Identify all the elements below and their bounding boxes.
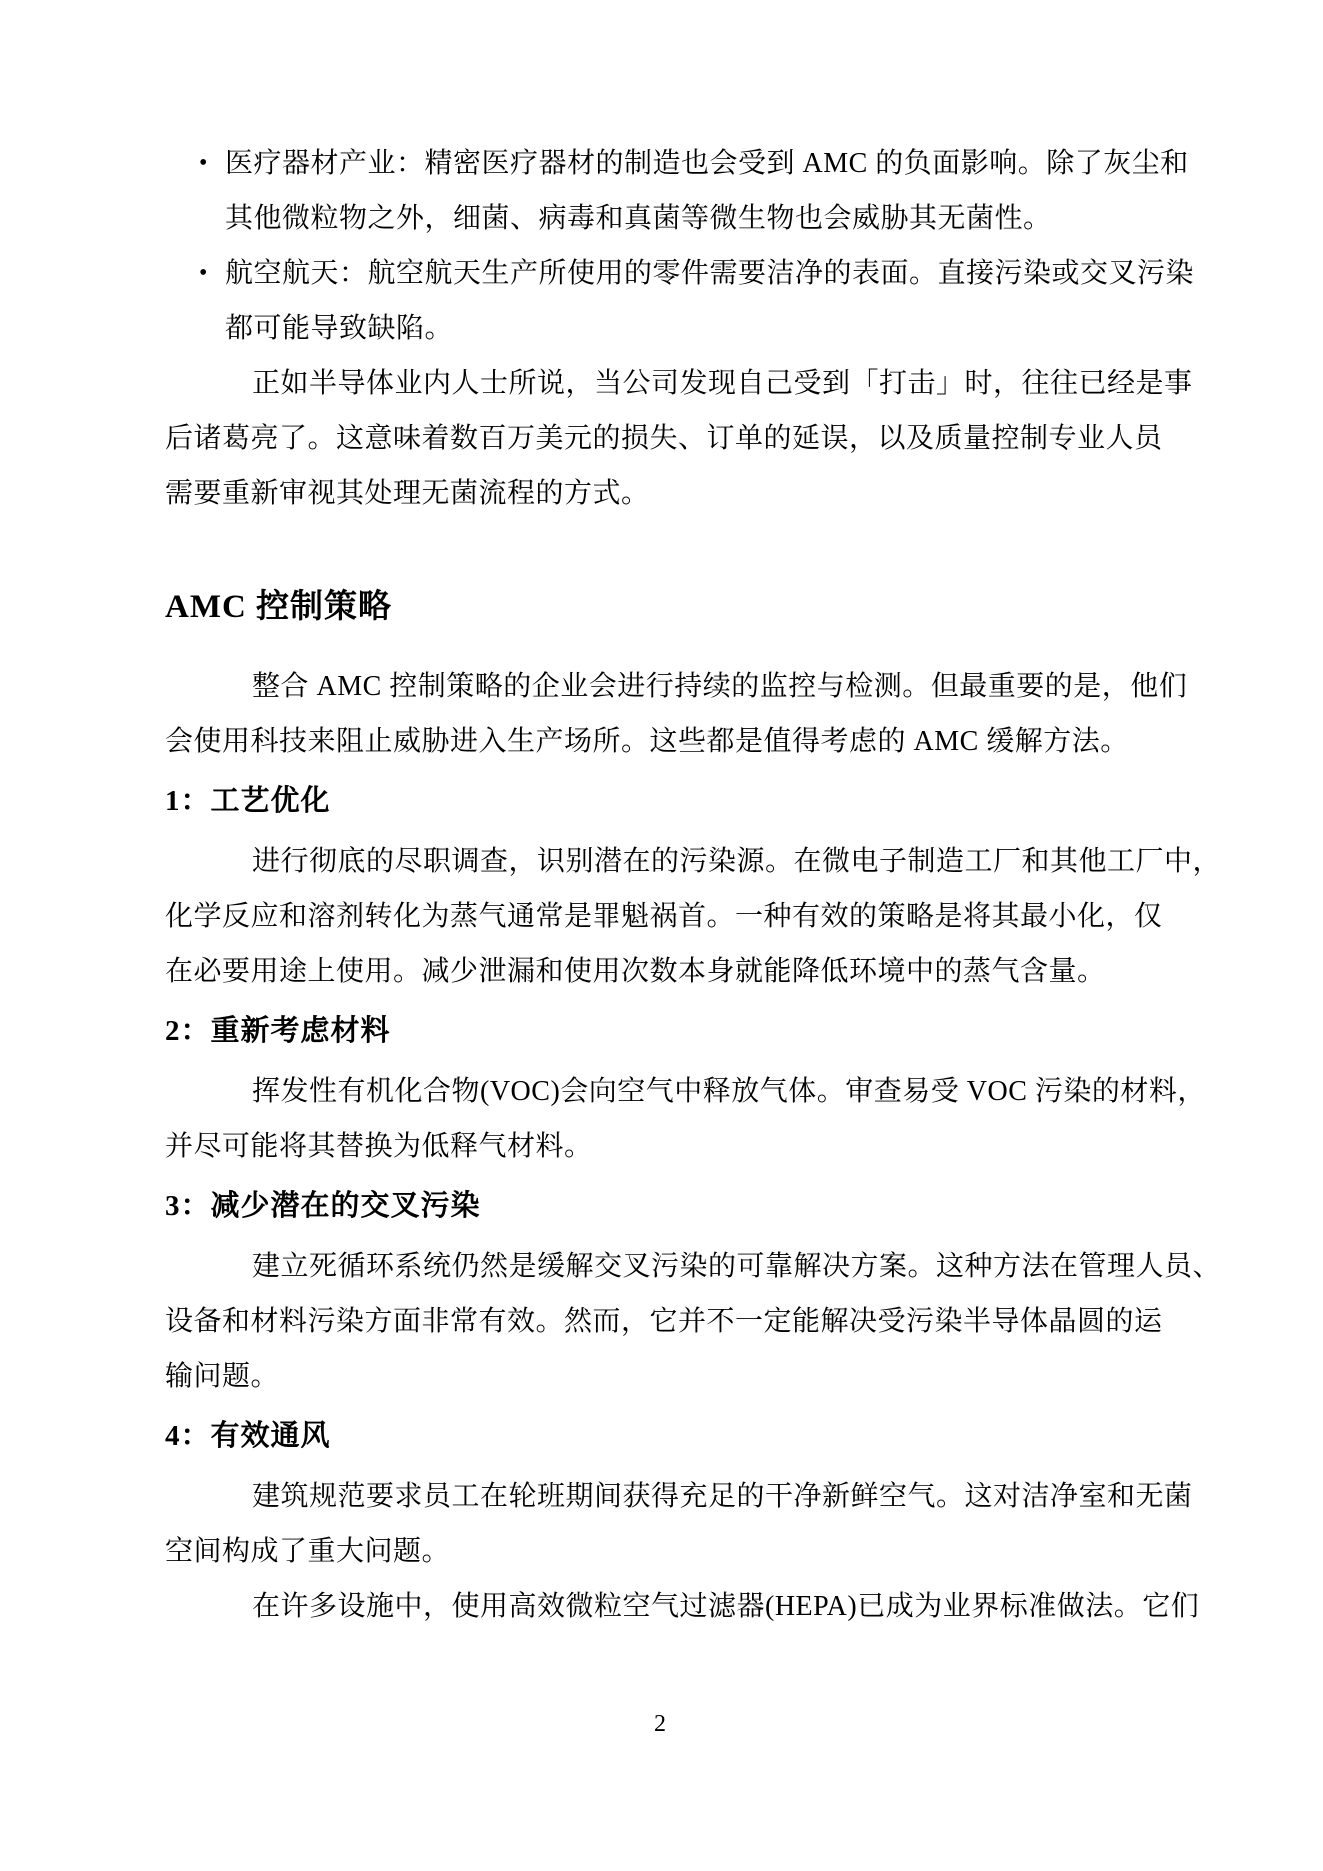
subsection-heading: 2：重新考虑材料: [165, 1004, 1155, 1059]
document-page: •医疗器材产业：精密医疗器材的制造也会受到 AMC 的负面影响。除了灰尘和其他微…: [0, 0, 1323, 1871]
subsection-heading: 1：工艺优化: [165, 774, 1155, 829]
text-run: 其他微粒物之外，细菌、病毒和真菌等微生物也会威胁其无菌性。: [225, 203, 1052, 234]
paragraph-line: 整合 AMC 控制策略的企业会进行持续的监控与检测。但最重要的是，他们: [165, 659, 1155, 714]
text-run: 挥发性有机化合物(VOC)会向空气中释放气体。审查易受 VOC 污染的材料，: [252, 1076, 1206, 1107]
paragraph-line: 建筑规范要求员工在轮班期间获得充足的干净新鲜空气。这对洁净室和无菌: [165, 1469, 1155, 1524]
section-heading: AMC 控制策略: [165, 577, 1155, 637]
paragraph-line: 建立死循环系统仍然是缓解交叉污染的可靠解决方案。这种方法在管理人员、: [165, 1239, 1155, 1294]
paragraph-line: 化学反应和溶剂转化为蒸气通常是罪魁祸首。一种有效的策略是将其最小化，仅: [165, 889, 1155, 944]
text-run: 后诸葛亮了。这意味着数百万美元的损失、订单的延误，以及质量控制专业人员: [165, 423, 1163, 454]
text-run: 化学反应和溶剂转化为蒸气通常是罪魁祸首。一种有效的策略是将其最小化，仅: [165, 901, 1163, 932]
paragraph-line: 需要重新审视其处理无菌流程的方式。: [165, 466, 1155, 521]
paragraph-line: 正如半导体业内人士所说，当公司发现自己受到「打击」时，往往已经是事: [165, 356, 1155, 411]
text-run: 医疗器材产业：精密医疗器材的制造也会受到 AMC 的负面影响。除了灰尘和: [225, 148, 1189, 179]
paragraph-line: 并尽可能将其替换为低释气材料。: [165, 1119, 1155, 1174]
text-run: 在必要用途上使用。减少泄漏和使用次数本身就能降低环境中的蒸气含量。: [165, 956, 1106, 987]
text-run: 都可能导致缺陷。: [225, 313, 453, 344]
bullet-icon: •: [199, 136, 208, 191]
text-run: 空间构成了重大问题。: [165, 1536, 450, 1567]
bullet-item-continuation-line: 其他微粒物之外，细菌、病毒和真菌等微生物也会威胁其无菌性。: [165, 191, 1155, 246]
text-run: 进行彻底的尽职调查，识别潜在的污染源。在微电子制造工厂和其他工厂中，: [252, 846, 1221, 877]
text-run: 需要重新审视其处理无菌流程的方式。: [165, 478, 650, 509]
text-run: 航空航天：航空航天生产所使用的零件需要洁净的表面。直接污染或交叉污染: [225, 258, 1194, 289]
page-number: 2: [165, 1709, 1155, 1739]
text-run: 2：重新考虑材料: [165, 1015, 391, 1047]
text-run: 正如半导体业内人士所说，当公司发现自己受到「打击」时，往往已经是事: [252, 368, 1193, 399]
text-run: AMC 控制策略: [165, 589, 392, 625]
paragraph-line: 设备和材料污染方面非常有效。然而，它并不一定能解决受污染半导体晶圆的运: [165, 1294, 1155, 1349]
text-run: 并尽可能将其替换为低释气材料。: [165, 1131, 593, 1162]
paragraph-line: 空间构成了重大问题。: [165, 1524, 1155, 1579]
text-blocks: •医疗器材产业：精密医疗器材的制造也会受到 AMC 的负面影响。除了灰尘和其他微…: [165, 136, 1155, 1634]
text-run: 1：工艺优化: [165, 785, 331, 817]
bullet-item-continuation-line: 都可能导致缺陷。: [165, 301, 1155, 356]
paragraph-line: 会使用科技来阻止威胁进入生产场所。这些都是值得考虑的 AMC 缓解方法。: [165, 714, 1155, 769]
text-run: 在许多设施中，使用高效微粒空气过滤器(HEPA)已成为业界标准做法。它们: [252, 1591, 1199, 1622]
text-run: 建筑规范要求员工在轮班期间获得充足的干净新鲜空气。这对洁净室和无菌: [252, 1481, 1193, 1512]
text-run: 3：减少潜在的交叉污染: [165, 1190, 481, 1222]
text-run: 输问题。: [165, 1361, 279, 1392]
paragraph-line: 在必要用途上使用。减少泄漏和使用次数本身就能降低环境中的蒸气含量。: [165, 944, 1155, 999]
paragraph-line: 在许多设施中，使用高效微粒空气过滤器(HEPA)已成为业界标准做法。它们: [165, 1579, 1155, 1634]
text-run: 建立死循环系统仍然是缓解交叉污染的可靠解决方案。这种方法在管理人员、: [252, 1251, 1221, 1282]
text-run: 会使用科技来阻止威胁进入生产场所。这些都是值得考虑的 AMC 缓解方法。: [165, 726, 1129, 757]
bullet-item-line: •医疗器材产业：精密医疗器材的制造也会受到 AMC 的负面影响。除了灰尘和: [165, 136, 1155, 191]
text-run: 4：有效通风: [165, 1420, 331, 1452]
paragraph-line: 后诸葛亮了。这意味着数百万美元的损失、订单的延误，以及质量控制专业人员: [165, 411, 1155, 466]
text-run: 整合 AMC 控制策略的企业会进行持续的监控与检测。但最重要的是，他们: [252, 671, 1187, 702]
subsection-heading: 3：减少潜在的交叉污染: [165, 1179, 1155, 1234]
paragraph-line: 挥发性有机化合物(VOC)会向空气中释放气体。审查易受 VOC 污染的材料，: [165, 1064, 1155, 1119]
paragraph-line: 进行彻底的尽职调查，识别潜在的污染源。在微电子制造工厂和其他工厂中，: [165, 834, 1155, 889]
text-run: 设备和材料污染方面非常有效。然而，它并不一定能解决受污染半导体晶圆的运: [165, 1306, 1163, 1337]
bullet-item-line: •航空航天：航空航天生产所使用的零件需要洁净的表面。直接污染或交叉污染: [165, 246, 1155, 301]
subsection-heading: 4：有效通风: [165, 1409, 1155, 1464]
paragraph-line: 输问题。: [165, 1349, 1155, 1404]
document-content: •医疗器材产业：精密医疗器材的制造也会受到 AMC 的负面影响。除了灰尘和其他微…: [0, 0, 1323, 1739]
bullet-icon: •: [199, 246, 208, 301]
